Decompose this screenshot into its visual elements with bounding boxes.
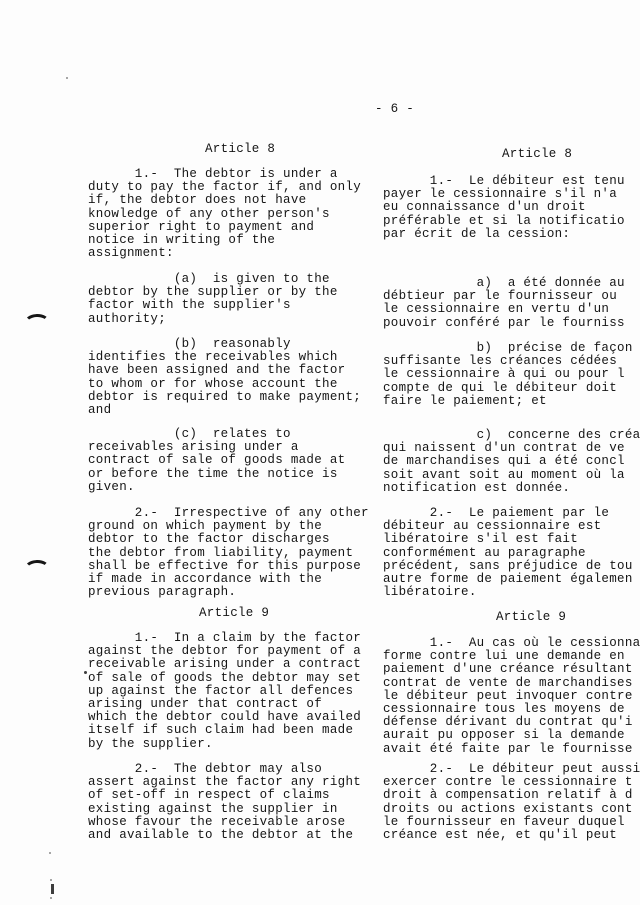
- article8-item-b-en: (b) reasonably identifies the receivable…: [88, 338, 361, 417]
- article8-item-a-fr: a) a été donnée au débtieur par le fourn…: [383, 277, 625, 330]
- article8-item-b-fr: b) précise de façon suffisante les créan…: [383, 342, 633, 408]
- page-number: - 6 -: [375, 103, 414, 116]
- article8-item-c-en: (c) relates to receivables arising under…: [88, 428, 345, 494]
- article9-paragraph1-en: 1.- In a claim by the factor against the…: [88, 632, 361, 751]
- article8-item-a-en: (a) is given to the debtor by the suppli…: [88, 273, 338, 326]
- handwritten-arc-mark-upper: [24, 314, 51, 333]
- article9-paragraph2-fr: 2.- Le débiteur peut aussi exercer contr…: [383, 763, 640, 842]
- article8-paragraph2-en: 2.- Irrespective of any other ground on …: [88, 507, 369, 599]
- article8-paragraph1-en: 1.- The debtor is under a duty to pay th…: [88, 168, 361, 260]
- article-9-heading-en: Article 9: [199, 607, 269, 620]
- article-9-heading-fr: Article 9: [496, 611, 566, 624]
- article-8-heading-fr: Article 8: [502, 148, 572, 161]
- scan-speck: [50, 879, 52, 881]
- article9-paragraph1-fr: 1.- Au cas où le cessionna forme contre …: [383, 637, 640, 756]
- scanned-document-page: - 6 - Article 8 1.- The debtor is under …: [0, 0, 640, 905]
- scan-speck: [50, 897, 52, 899]
- scan-speck: [49, 852, 51, 854]
- article8-item-c-fr: c) concerne des créa qui naissent d'un c…: [383, 429, 640, 495]
- stray-ink-dot: [84, 671, 87, 674]
- scan-speck: [66, 77, 68, 79]
- article9-paragraph2-en: 2.- The debtor may also assert against t…: [88, 763, 361, 842]
- scan-mark-bar: [51, 884, 54, 894]
- article8-paragraph2-fr: 2.- Le paiement par le débiteur au cessi…: [383, 507, 633, 599]
- article-8-heading-en: Article 8: [205, 143, 275, 156]
- article8-paragraph1-fr: 1.- Le débiteur est tenu payer le cessio…: [383, 175, 625, 241]
- handwritten-arc-mark-lower: [24, 560, 51, 579]
